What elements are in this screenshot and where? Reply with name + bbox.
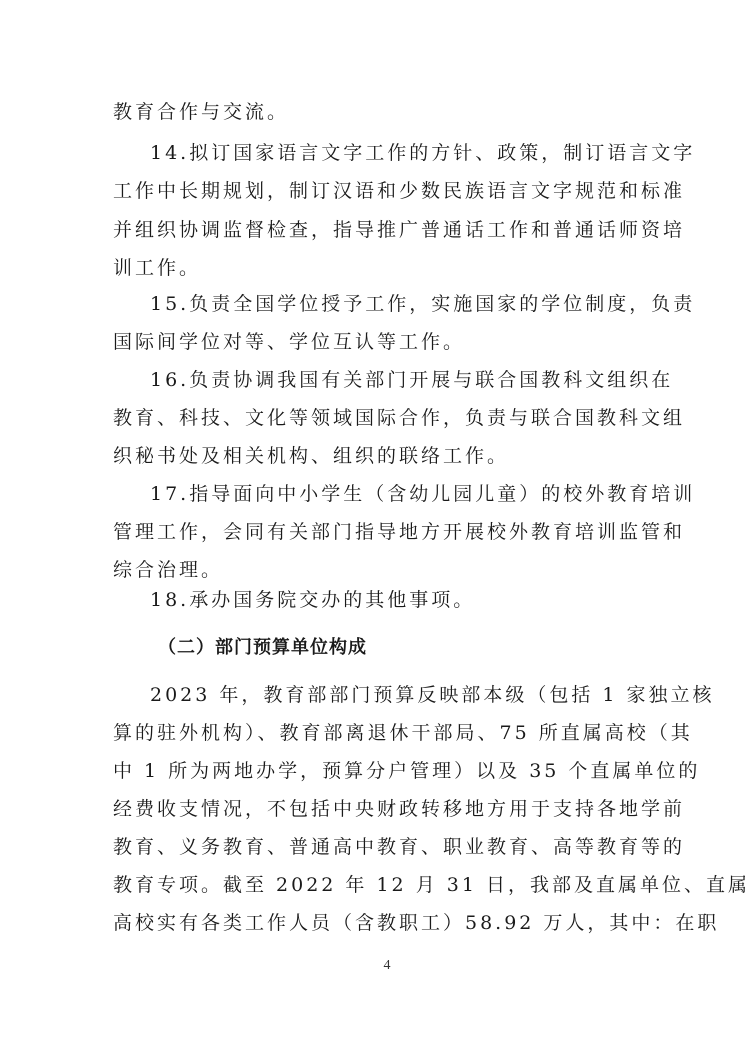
text-line: 中 1 所为两地办学，预算分户管理）以及 35 个直属单位的	[113, 759, 633, 783]
text-line: 国际间学位对等、学位互认等工作。	[113, 330, 633, 354]
text-line: 16.负责协调我国有关部门开展与联合国教科文组织在	[150, 368, 633, 392]
text-line: 2023 年，教育部部门预算反映部本级（包括 1 家独立核	[150, 683, 633, 707]
document-page: 教育合作与交流。14.拟订国家语言文字工作的方针、政策，制订语言文字工作中长期规…	[0, 0, 745, 1053]
text-line: 教育合作与交流。	[113, 100, 633, 124]
text-line: 算的驻外机构）、教育部离退休干部局、75 所直属高校（其	[113, 721, 633, 745]
page-number: 4	[380, 958, 394, 974]
section-heading: （二）部门预算单位构成	[158, 636, 678, 660]
text-line: 14.拟订国家语言文字工作的方针、政策，制订语言文字	[150, 141, 633, 165]
text-line: 18.承办国务院交办的其他事项。	[150, 588, 633, 612]
text-line: 织秘书处及相关机构、组织的联络工作。	[113, 444, 633, 468]
text-line: 管理工作，会同有关部门指导地方开展校外教育培训监管和	[113, 520, 633, 544]
text-line: 教育、义务教育、普通高中教育、职业教育、高等教育等的	[113, 835, 633, 859]
text-line: 综合治理。	[113, 558, 633, 582]
text-line: 并组织协调监督检查，指导推广普通话工作和普通话师资培	[113, 218, 633, 242]
text-line: 经费收支情况，不包括中央财政转移地方用于支持各地学前	[113, 797, 633, 821]
text-line: 教育专项。截至 2022 年 12 月 31 日，我部及直属单位、直属	[113, 873, 633, 897]
text-line: 训工作。	[113, 256, 633, 280]
text-line: 高校实有各类工作人员（含教职工）58.92 万人，其中：在职	[113, 911, 633, 935]
text-line: 15.负责全国学位授予工作，实施国家的学位制度，负责	[150, 292, 633, 316]
text-line: 工作中长期规划，制订汉语和少数民族语言文字规范和标准	[113, 179, 633, 203]
text-line: 17.指导面向中小学生（含幼儿园儿童）的校外教育培训	[150, 482, 633, 506]
text-line: 教育、科技、文化等领域国际合作，负责与联合国教科文组	[113, 406, 633, 430]
